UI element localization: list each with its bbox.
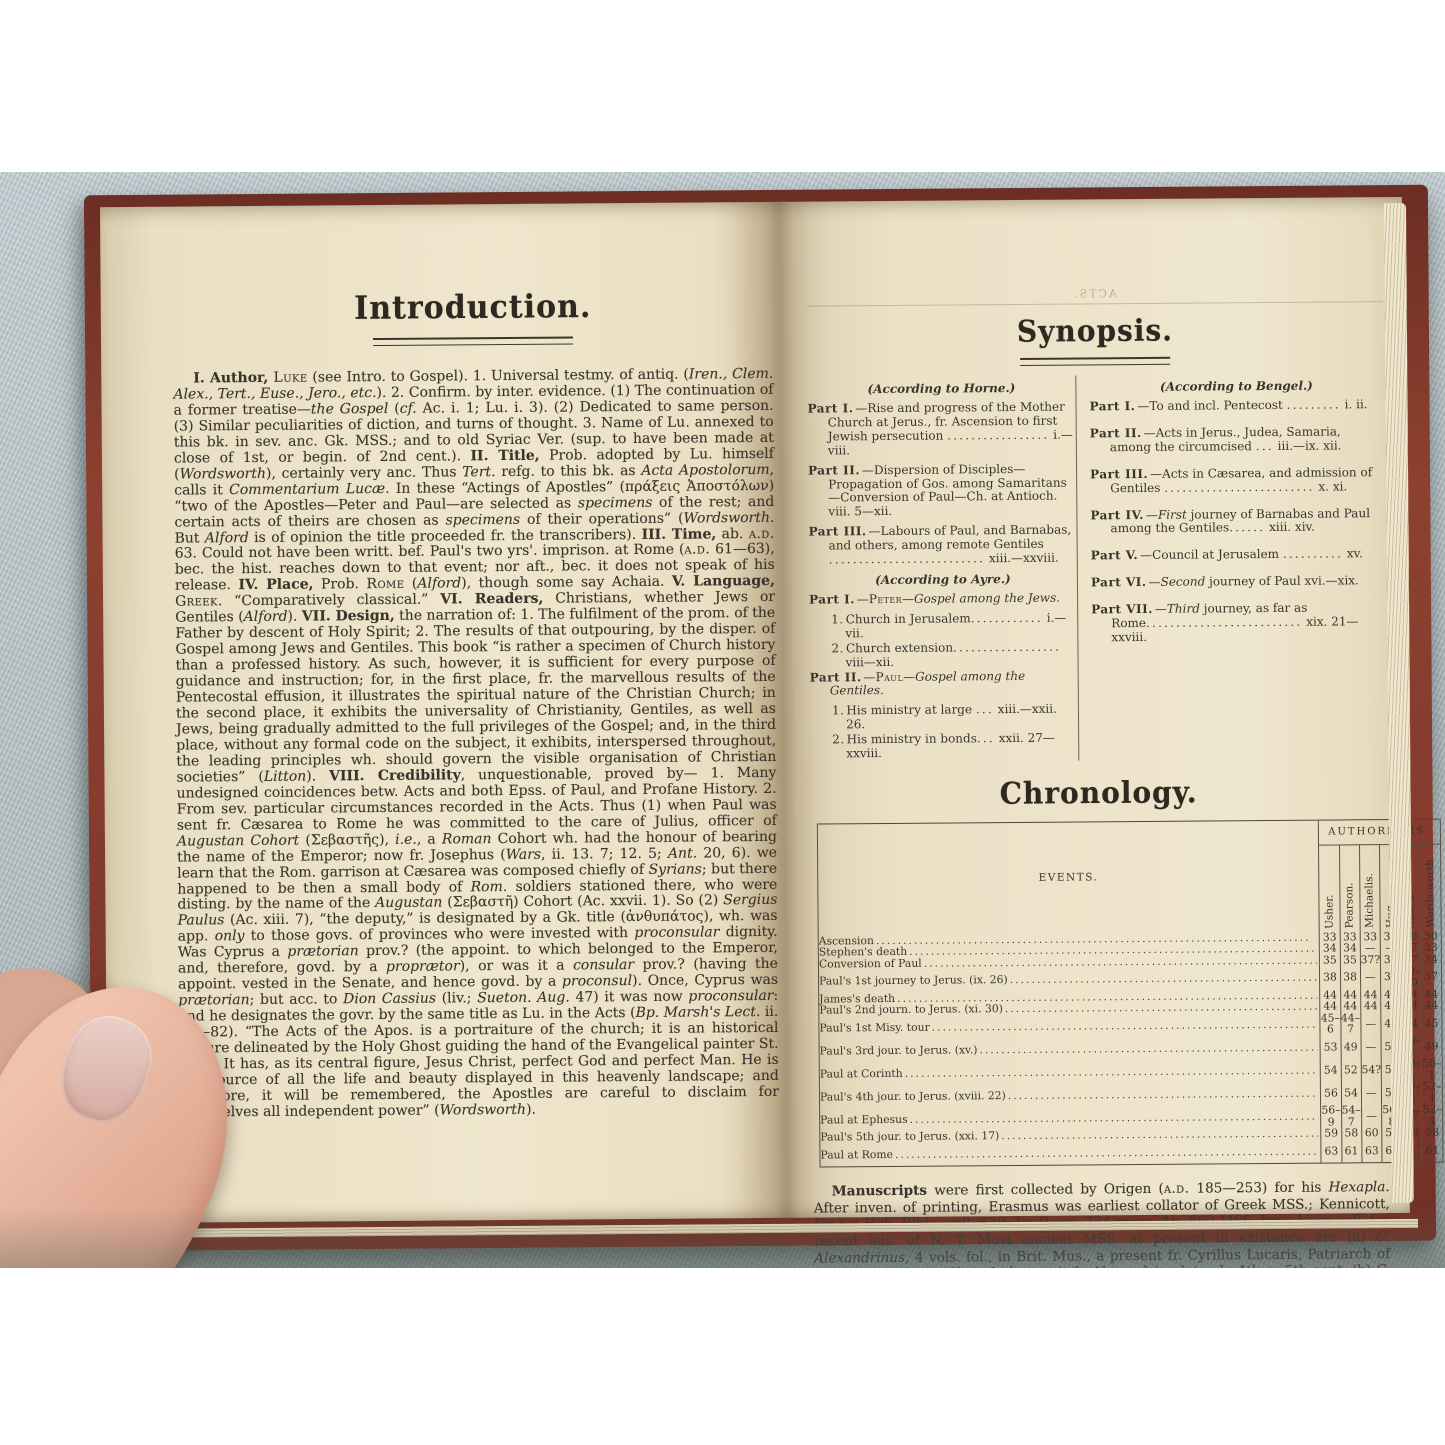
left-page: Introduction. I. Author, Luke (see Intro… bbox=[173, 288, 780, 1135]
synopsis-entry: 1.Church in Jerusalem............ i.—vii… bbox=[809, 611, 1077, 641]
value-wordsworth: 61 bbox=[1422, 1138, 1442, 1162]
heading-horne: (According to Horne.) bbox=[807, 381, 1075, 397]
part-label: 2. bbox=[832, 732, 845, 746]
leader-dots: ........................................… bbox=[979, 1041, 1318, 1055]
leader-dots: .......... bbox=[1283, 547, 1343, 561]
entry-text: —To and incl. Pentecost bbox=[1137, 398, 1286, 413]
value-wordsworth: 37 bbox=[1421, 965, 1441, 988]
synopsis-entry: Part III.—Acts in Cæsarea, and admission… bbox=[1090, 466, 1384, 496]
value-pearson: 44–7 bbox=[1340, 1012, 1360, 1035]
fabric-background: Introduction. I. Author, Luke (see Intro… bbox=[0, 172, 1445, 1268]
chapter-ref: xiii. xiv. bbox=[1269, 520, 1315, 534]
chapter-ref: viii—xii. bbox=[846, 655, 895, 669]
value-usher: 45–6 bbox=[1320, 1012, 1340, 1035]
event-name: Paul's 1st Misy. tour bbox=[819, 1021, 929, 1033]
value-pearson: 38 bbox=[1340, 966, 1360, 989]
part-label: Part VI. bbox=[1091, 575, 1147, 589]
leader-dots: ........................................… bbox=[1008, 1087, 1319, 1101]
events-header: EVENTS. bbox=[817, 820, 1319, 935]
entry-text: —Dispersion of Disciples—Propagation of … bbox=[828, 462, 1067, 505]
title-rule bbox=[373, 336, 573, 346]
page-title: Introduction. bbox=[173, 287, 773, 329]
leader-dots: ........................................… bbox=[910, 1111, 1319, 1126]
book: Introduction. I. Author, Luke (see Intro… bbox=[84, 185, 1436, 1252]
value-pearson: 49 bbox=[1341, 1035, 1361, 1058]
value-michaelis: — bbox=[1361, 1035, 1382, 1058]
leader-dots: ... bbox=[1256, 439, 1274, 453]
part-label: Part VII. bbox=[1091, 602, 1153, 616]
entry-text: Church in Jerusalem bbox=[846, 611, 971, 626]
leader-dots: ... bbox=[977, 731, 995, 745]
part-label: Part III. bbox=[1090, 467, 1148, 481]
value-wordsworth: 45 bbox=[1421, 1011, 1441, 1034]
event-name: Paul's 1st journey to Jerus. (ix. 26) bbox=[819, 974, 1008, 987]
chapter-ref: xv. bbox=[1347, 547, 1363, 561]
value-pearson: 54 bbox=[1341, 1081, 1361, 1104]
leader-dots: ......... bbox=[1287, 397, 1341, 411]
synopsis-entry: Part VI.—Second journey of Paul xvi.—xix… bbox=[1091, 574, 1385, 590]
leader-dots: ........................................… bbox=[905, 1064, 1319, 1079]
leader-dots: ......................... bbox=[1164, 479, 1314, 494]
part-label: 1. bbox=[832, 704, 845, 718]
value-usher: 59 bbox=[1321, 1128, 1341, 1140]
value-usher: 63 bbox=[1321, 1139, 1341, 1163]
leader-dots: ...... bbox=[1229, 520, 1265, 534]
chronology-table: EVENTS. AUTHORITIES. Usher.Pearson.Micha… bbox=[817, 819, 1443, 1168]
entry-text: His ministry in bonds bbox=[847, 731, 977, 746]
value-usher: 53 bbox=[1320, 1035, 1340, 1058]
synopsis-entry: Part V.—Council at Jerusalem .......... … bbox=[1091, 547, 1385, 563]
heading-bengel: (According to Bengel.) bbox=[1089, 378, 1383, 394]
synopsis-title: Synopsis. bbox=[807, 311, 1383, 351]
part-label: Part II. bbox=[1090, 426, 1142, 440]
chapter-ref: x. xi. bbox=[1318, 479, 1347, 493]
part-label: Part II. bbox=[808, 463, 860, 477]
part-label: Part II. bbox=[810, 670, 862, 684]
chronology-rows: Ascension...............................… bbox=[818, 931, 1442, 1167]
value-michaelis: — bbox=[1360, 1012, 1381, 1035]
leader-dots: ................. bbox=[947, 428, 1049, 443]
book-photo: Introduction. I. Author, Luke (see Intro… bbox=[0, 0, 1445, 1445]
synopsis-entry: Part II.—Acts in Jerus., Judea, Samaria,… bbox=[1090, 425, 1384, 455]
synopsis-entry: Part II.—Paul—Gospel among the Gentiles. bbox=[810, 669, 1078, 699]
heading-ayre: (According to Ayre.) bbox=[809, 571, 1077, 587]
synopsis-column-horne: (According to Horne.) Part I.—Rise and p… bbox=[807, 376, 1078, 763]
synopsis-column-bengel: (According to Bengel.) Part I.—To and in… bbox=[1075, 373, 1386, 760]
value-michaelis: — bbox=[1361, 1081, 1382, 1104]
value-pearson: 61 bbox=[1341, 1139, 1361, 1163]
chronology-title: Chronology. bbox=[810, 773, 1386, 813]
synopsis-entry: Part VII.—Third journey, as far as Rome.… bbox=[1091, 601, 1385, 645]
horne-entries: Part I.—Rise and progress of the Mother … bbox=[808, 401, 1077, 568]
leader-dots: ... bbox=[976, 702, 994, 716]
leader-dots: ........................................… bbox=[932, 1018, 1318, 1033]
leader-dots: ............ bbox=[971, 611, 1043, 626]
entry-text: His ministry at large bbox=[846, 703, 976, 718]
event-name: Paul's 4th jour. to Jerus. (xviii. 22) bbox=[820, 1090, 1006, 1103]
value-pearson: 54–7 bbox=[1341, 1104, 1361, 1127]
value-usher: 54 bbox=[1321, 1058, 1341, 1081]
leader-dots: .......................... bbox=[829, 551, 985, 566]
authority-column-header: Usher. bbox=[1319, 845, 1340, 932]
entry-text: —Second journey of Paul bbox=[1149, 574, 1305, 589]
part-label: 1. bbox=[831, 612, 844, 626]
authorities-header: AUTHORITIES. bbox=[1319, 819, 1440, 845]
value-wordsworth: 44 bbox=[1421, 1000, 1441, 1012]
event-name: Paul's 2nd journ. to Jerus. (xi. 30) bbox=[819, 1003, 1003, 1016]
introduction-paragraph: I. Author, Luke (see Intro. to Gospel). … bbox=[173, 367, 779, 1121]
event-name: Paul's 3rd jour. to Jerus. (xv.) bbox=[820, 1044, 978, 1057]
chapter-ref: viii. 5—xii. bbox=[828, 504, 892, 519]
synopsis-title-rule bbox=[1020, 357, 1170, 366]
event-name: Paul at Corinth bbox=[820, 1068, 903, 1080]
value-michaelis: 44 bbox=[1360, 1000, 1381, 1012]
part-label: Part III. bbox=[808, 524, 866, 538]
bengel-entries: Part I.—To and incl. Pentecost .........… bbox=[1090, 398, 1386, 645]
part-label: Part I. bbox=[808, 401, 854, 415]
value-wordsworth: 52–4 bbox=[1422, 1104, 1442, 1127]
value-wordsworth: 58 bbox=[1422, 1127, 1442, 1139]
synopsis-entry: Part IV.—First journey of Barnabas and P… bbox=[1090, 507, 1384, 537]
value-michaelis: — bbox=[1360, 966, 1381, 989]
chapter-ref: i. ii. bbox=[1345, 397, 1368, 411]
synopsis-entry: Part III.—Labours of Paul, and Barnabas,… bbox=[808, 524, 1076, 568]
synopsis-entry: 1.His ministry at large ... xiii.—xxii. … bbox=[810, 703, 1078, 733]
value-usher: 56–9 bbox=[1321, 1105, 1341, 1128]
part-label: Part IV. bbox=[1090, 508, 1144, 522]
event-name: Paul at Rome bbox=[820, 1149, 893, 1161]
synopsis-entry: 2.His ministry in bonds... xxii. 27—xxvi… bbox=[810, 732, 1078, 762]
open-pages: Introduction. I. Author, Luke (see Intro… bbox=[100, 197, 1410, 1223]
part-label: Part I. bbox=[1090, 399, 1136, 413]
synopsis-entry: 2.Church extension.................. vii… bbox=[809, 640, 1077, 670]
value-wordsworth: 50–1 bbox=[1422, 1058, 1442, 1081]
leader-dots: ........................................… bbox=[895, 1145, 1319, 1160]
leader-dots: ........................................… bbox=[1010, 972, 1318, 986]
synopsis-columns: (According to Horne.) Part I.—Rise and p… bbox=[807, 373, 1386, 762]
value-usher: 38 bbox=[1320, 966, 1340, 989]
synopsis-entry: Part II.—Dispersion of Disciples—Propaga… bbox=[808, 462, 1076, 520]
chapter-ref: iii.—ix. xii. bbox=[1278, 438, 1342, 453]
right-page: ACTS. Synopsis. (According to Horne.) Pa… bbox=[807, 285, 1391, 1268]
value-michaelis: 60 bbox=[1361, 1127, 1382, 1139]
ghost-running-title: ACTS. bbox=[807, 285, 1383, 303]
event-name: Paul at Ephesus bbox=[820, 1114, 908, 1126]
authority-column-header: Michaelis. bbox=[1359, 845, 1380, 932]
value-wordsworth: 49 bbox=[1421, 1035, 1441, 1058]
entry-text: —Council at Jerusalem bbox=[1140, 547, 1283, 562]
value-usher: 35 bbox=[1320, 954, 1340, 966]
ayre-entries: Part I.—Peter—Gospel among the Jews. 1.C… bbox=[809, 591, 1078, 761]
entry-text: Church extension bbox=[846, 640, 953, 655]
value-pearson: 58 bbox=[1341, 1128, 1361, 1140]
value-michaelis: 63 bbox=[1361, 1139, 1382, 1163]
leader-dots: .................. bbox=[953, 639, 1061, 654]
event-name: Paul's 5th jour. to Jerus. (xxi. 17) bbox=[820, 1130, 999, 1143]
part-label: Part V. bbox=[1091, 548, 1139, 562]
value-michaelis: 54? bbox=[1361, 1058, 1382, 1081]
event-name: Conversion of Paul bbox=[819, 958, 922, 970]
synopsis-entry: Part I.—Rise and progress of the Mother … bbox=[808, 401, 1076, 459]
entry-text: —Peter—Gospel among the Jews. bbox=[857, 591, 1060, 607]
leader-dots: ........................................… bbox=[1005, 1001, 1318, 1015]
value-pearson: 35 bbox=[1340, 954, 1360, 966]
value-usher: 56 bbox=[1321, 1081, 1341, 1104]
authority-column-header: Pearson. bbox=[1339, 845, 1360, 932]
authority-column-header: Words-worth. bbox=[1420, 844, 1441, 931]
value-michaelis: 37? bbox=[1360, 954, 1381, 966]
value-wordsworth: 52–4 bbox=[1422, 1081, 1442, 1104]
fabric-shadow bbox=[0, 1208, 1445, 1268]
chapter-ref: xvi.—xix. bbox=[1304, 574, 1358, 588]
part-label: Part I. bbox=[809, 592, 855, 606]
synopsis-entry: Part I.—To and incl. Pentecost .........… bbox=[1090, 398, 1384, 414]
leader-dots: .......................... bbox=[1146, 615, 1302, 630]
part-label: 2. bbox=[831, 641, 844, 655]
chapter-ref: xiii.—xxviii. bbox=[989, 551, 1059, 566]
value-wordsworth: 34 bbox=[1421, 954, 1441, 966]
value-michaelis: — bbox=[1361, 1104, 1382, 1127]
synopsis-entry: Part I.—Peter—Gospel among the Jews. bbox=[809, 591, 1077, 607]
value-pearson: 52 bbox=[1341, 1058, 1361, 1081]
